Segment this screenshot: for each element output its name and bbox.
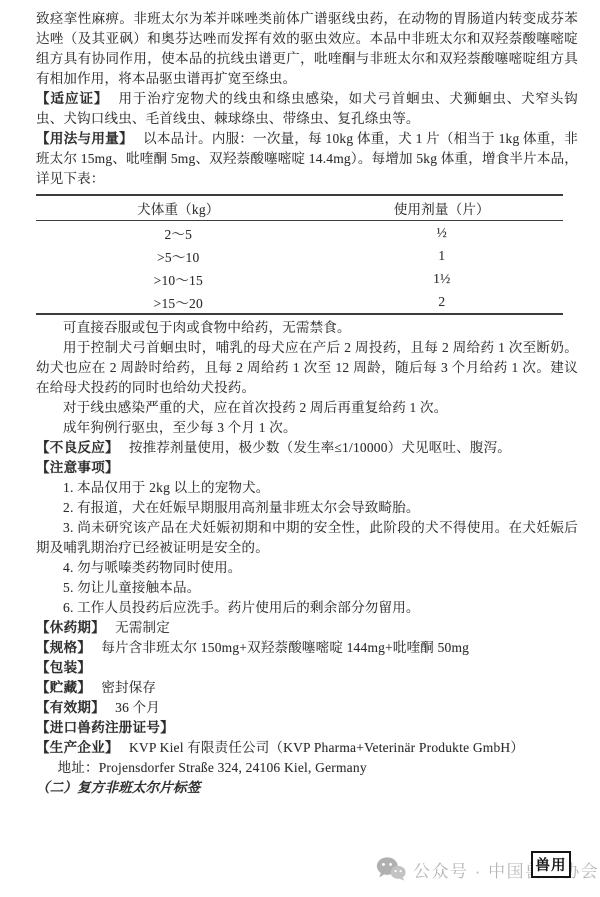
section-specification: 【规格】每片含非班太尔 150mg+双羟萘酸噻嘧啶 144mg+吡喹酮 50mg xyxy=(36,638,578,658)
document-page: 致痉挛性麻痹。非班太尔为苯并咪唑类前体广谱驱线虫药，在动物的胃肠道内转变成芬苯达… xyxy=(0,0,600,798)
weight-cell: 2～5 xyxy=(36,221,321,245)
indications-text: 用于治疗宠物犬的线虫和绦虫感染，如犬弓首蛔虫、犬狮蛔虫、犬窄头钩虫、犬钩口线虫、… xyxy=(36,91,578,126)
manufacturer-address: 地址：Projensdorfer Straße 324, 24106 Kiel,… xyxy=(36,758,578,778)
usage-note: 可直接吞服或包于肉或食物中给药，无需禁食。 xyxy=(36,318,578,338)
usage-note: 对于线虫感染严重的犬，应在首次投药 2 周后再重复给药 1 次。 xyxy=(36,398,578,418)
storage-text: 密封保存 xyxy=(101,680,156,695)
specification-label: 【规格】 xyxy=(36,640,91,655)
table-row: 2～5 ½ xyxy=(36,221,563,245)
wechat-icon xyxy=(376,856,406,882)
adverse-label: 【不良反应】 xyxy=(36,440,119,455)
dose-cell: ½ xyxy=(321,221,563,245)
section-precautions: 【注意事项】 xyxy=(36,458,578,478)
section-packaging: 【包装】 xyxy=(36,658,578,678)
table-row: >10～15 1½ xyxy=(36,267,563,290)
precaution-item: 1. 本品仅用于 2kg 以上的宠物犬。 xyxy=(36,478,578,498)
weight-cell: >15～20 xyxy=(36,290,321,314)
col-header-weight: 犬体重（kg） xyxy=(36,195,321,221)
withdrawal-text: 无需制定 xyxy=(115,620,170,635)
section-adverse-reactions: 【不良反应】按推荐剂量使用，极少数（发生率≤1/10000）犬见呕吐、腹泻。 xyxy=(36,438,578,458)
usage-label: 【用法与用量】 xyxy=(36,131,133,146)
next-section-heading: （二）复方非班太尔片标签 xyxy=(36,778,578,798)
section-withdrawal-period: 【休药期】无需制定 xyxy=(36,618,578,638)
section-manufacturer: 【生产企业】KVP Kiel 有限责任公司（KVP Pharma+Veterin… xyxy=(36,738,578,758)
manufacturer-label: 【生产企业】 xyxy=(36,740,119,755)
section-registration-number: 【进口兽药注册证号】 xyxy=(36,718,578,738)
section-indications: 【适应证】用于治疗宠物犬的线虫和绦虫感染，如犬弓首蛔虫、犬狮蛔虫、犬窄头钩虫、犬… xyxy=(36,89,578,129)
indications-label: 【适应证】 xyxy=(36,91,108,106)
manufacturer-text: KVP Kiel 有限责任公司（KVP Pharma+Veterinär Pro… xyxy=(129,740,524,755)
table-row: >5～10 1 xyxy=(36,244,563,267)
address-text: Projensdorfer Straße 324, 24106 Kiel, Ge… xyxy=(99,760,367,775)
weight-cell: >10～15 xyxy=(36,267,321,290)
usage-note: 成年狗例行驱虫，至少每 3 个月 1 次。 xyxy=(36,418,578,438)
validity-text: 36 个月 xyxy=(115,700,160,715)
weight-cell: >5～10 xyxy=(36,244,321,267)
section-usage: 【用法与用量】以本品计。内服：一次量，每 10kg 体重，犬 1 片（相当于 1… xyxy=(36,129,578,189)
registration-label: 【进口兽药注册证号】 xyxy=(36,720,174,735)
precaution-item: 4. 勿与哌嗪类药物同时使用。 xyxy=(36,558,578,578)
validity-label: 【有效期】 xyxy=(36,700,105,715)
table-row: >15～20 2 xyxy=(36,290,563,314)
section-validity: 【有效期】36 个月 xyxy=(36,698,578,718)
withdrawal-label: 【休药期】 xyxy=(36,620,105,635)
dose-cell: 2 xyxy=(321,290,563,314)
watermark-text: 公众号 · 中国兽药协会 xyxy=(413,857,599,882)
precaution-item: 2. 有报道，犬在妊娠早期服用高剂量非班太尔会导致畸胎。 xyxy=(36,498,578,518)
precautions-label: 【注意事项】 xyxy=(36,460,119,475)
dose-cell: 1 xyxy=(321,244,563,267)
section-storage: 【贮藏】密封保存 xyxy=(36,678,578,698)
storage-label: 【贮藏】 xyxy=(36,680,91,695)
intro-paragraph: 致痉挛性麻痹。非班太尔为苯并咪唑类前体广谱驱线虫药，在动物的胃肠道内转变成芬苯达… xyxy=(36,9,578,89)
specification-text: 每片含非班太尔 150mg+双羟萘酸噻嘧啶 144mg+吡喹酮 50mg xyxy=(101,640,469,655)
adverse-text: 按推荐剂量使用，极少数（发生率≤1/10000）犬见呕吐、腹泻。 xyxy=(129,440,511,455)
dose-cell: 1½ xyxy=(321,267,563,290)
address-label: 地址： xyxy=(58,760,99,775)
veterinary-use-stamp: 兽用 xyxy=(531,851,571,878)
packaging-label: 【包装】 xyxy=(36,660,91,675)
table-header-row: 犬体重（kg） 使用剂量（片） xyxy=(36,195,563,221)
precaution-item: 3. 尚未研究该产品在犬妊娠初期和中期的安全性，此阶段的犬不得使用。在犬妊娠后期… xyxy=(36,518,578,558)
col-header-dose: 使用剂量（片） xyxy=(321,195,563,221)
precaution-item: 5. 勿让儿童接触本品。 xyxy=(36,578,578,598)
dosage-table: 犬体重（kg） 使用剂量（片） 2～5 ½ >5～10 1 >10～15 1½ … xyxy=(36,194,563,315)
usage-note: 用于控制犬弓首蛔虫时，哺乳的母犬应在产后 2 周投药，且每 2 周给药 1 次至… xyxy=(36,338,578,398)
precaution-item: 6. 工作人员投药后应洗手。药片使用后的剩余部分勿留用。 xyxy=(36,598,578,618)
